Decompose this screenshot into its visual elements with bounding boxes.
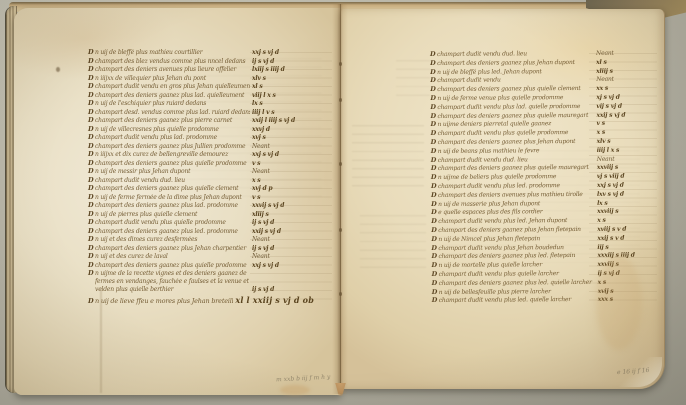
entry-amount: xx s (594, 85, 656, 94)
entry-amount: x s (595, 217, 657, 226)
left-page-entries: Dn uij de bleffé plus mathieu courtillie… (88, 48, 314, 306)
ledger-entry: Dchampart dudit vendu plus led. prodomme… (431, 180, 657, 190)
entry-amount: v s (250, 160, 314, 169)
ledger-entry: Dchampart desd. vendus comme plus lad. r… (88, 108, 314, 117)
ledger-entry: velden plus quielle berthierij s vj d (88, 286, 314, 295)
ledger-entry: Dn uij et des dimes curez desferméesNean… (88, 235, 314, 244)
entry-amount: Neant (594, 49, 656, 58)
paraph-mark: D (431, 235, 438, 244)
entry-text: champart des deniers gaanez plus quielle… (95, 185, 250, 194)
entry-amount: ij s vj d (250, 219, 314, 228)
entry-amount: Neant (595, 155, 657, 164)
ledger-entry: Dchampart des deniers gaanez plus led. q… (432, 277, 658, 287)
entry-amount: Neant (250, 168, 314, 177)
entry-amount: xxviij s (595, 164, 657, 173)
paraph-mark: D (431, 156, 438, 165)
sewing-dot (339, 292, 342, 296)
ledger-entry: Dchampart des deniers gaanez plus quiell… (430, 110, 656, 120)
ledger-entry: Dn uijme deniers pierretal quielle gaane… (430, 119, 656, 129)
ledger-entry: De quelle espaces plus des fils cordierx… (431, 207, 657, 217)
entry-amount: viij l x s (250, 92, 314, 101)
entry-amount: xxxiij s iiij d (595, 252, 657, 261)
sewing-dot (339, 98, 342, 102)
paraph-mark: D (88, 261, 95, 270)
paraph-mark: D (431, 147, 438, 156)
paraph-mark: D (431, 199, 438, 208)
ledger-entry: Dchampart des deniers gaanez plus pierre… (88, 116, 314, 125)
ledger-entry: Dchampart des deniers gaanez plus led. f… (431, 251, 657, 261)
entry-text: n iiijxx de villequier plus Jehan du pon… (95, 75, 250, 84)
entry-text: n uij de lieve ffeu e mores plus Jehan b… (95, 296, 233, 307)
ledger-entry: Dchampart dudit vendu plus quielle larch… (432, 268, 658, 278)
ledger-entry: Dchampart dudit venduNeant (430, 75, 656, 85)
entry-text: champart dudit vendu en gros plus Jehan … (95, 83, 250, 92)
entry-amount: lx s (250, 100, 314, 109)
paraph-mark: D (432, 279, 439, 288)
paraph-mark: D (88, 193, 95, 202)
paraph-mark: D (430, 50, 437, 59)
ledger-entry: Dchampart des deniers gaanez plus Jehan … (88, 244, 314, 253)
ledger-entry: Dn uij de bleffé plus mathieu courtillie… (88, 48, 314, 57)
entry-amount: xxij s v d (595, 234, 657, 243)
ledger-entry: Dn uij de ferme fermée de la dime plus J… (88, 193, 314, 202)
ledger-entry: Dn uij de masserie plus Jehan dupontlx s (431, 198, 657, 208)
entry-amount: iij s (595, 243, 657, 252)
ledger-entry: Dn uij de l'eschiquier plus ruiard dedan… (88, 99, 314, 108)
paraph-mark: D (88, 116, 95, 125)
ledger-entry: Dchampart des deniers gaanez plus Jehan … (431, 224, 657, 234)
paraph-mark: D (432, 270, 439, 279)
entry-amount: xliij s (594, 67, 656, 76)
entry-amount: xxj s vj d (595, 181, 657, 190)
entry-amount: lxv s vj d (595, 190, 657, 199)
entry-text: champart des deniers gaanez plus Jullien… (95, 143, 250, 152)
entry-text: champart des deniers gaanez plus pierre … (95, 117, 250, 126)
paraph-mark: D (88, 218, 95, 227)
entry-amount: xvij s (596, 287, 658, 296)
ledger-entry: Dchampart dudit vendu plus led. Jehan du… (431, 216, 657, 226)
entry-amount: Neant (250, 253, 314, 262)
paraph-mark: D (88, 201, 95, 210)
paraph-mark: D (88, 176, 95, 185)
paraph-mark: D (431, 182, 438, 191)
paraph-mark: D (431, 217, 438, 226)
entry-text: champart dudit vendu plus led. quielle l… (439, 296, 596, 306)
ledger-entry: Dchampart des deniers gaanez plus lad. p… (88, 201, 314, 210)
entry-text: champart des deniers gaanez plus quielle… (95, 160, 250, 169)
ledger-entry: Dn uijme de beliers plus quielle prodomm… (431, 172, 657, 182)
entry-amount: xxij s vj d (250, 228, 314, 237)
paraph-mark: D (431, 261, 438, 270)
sewing-dot (339, 62, 342, 66)
sewing-dot (339, 162, 342, 166)
entry-amount: xxvj d (250, 126, 314, 135)
ledger-entry: Dn uij de pierres plus quielle clementxl… (88, 210, 314, 219)
entry-amount: lx s (595, 199, 657, 208)
entry-amount: xlv s (250, 75, 314, 84)
entry-text: champart dudit vendu plus quielle prodom… (95, 219, 250, 228)
paraph-mark: D (431, 226, 438, 235)
entry-text: champart dudit vendu plus lad. prodomme (95, 134, 250, 143)
paraph-mark: D (431, 252, 438, 261)
entry-amount: xl s (250, 83, 314, 92)
entry-text: n uij de l'eschiquier plus ruiard dedans (95, 100, 250, 109)
entry-amount: xxij l iiij s vj d (250, 117, 314, 126)
paraph-mark: D (431, 164, 438, 173)
paraph-mark: D (88, 91, 95, 100)
ledger-entry: Dn iiijxx et dix curez de bellengreville… (88, 150, 314, 159)
manuscript-photo: Dn uij de bleffé plus mathieu courtillie… (0, 0, 686, 405)
ledger-entry: Dn iiijxx de villequier plus Jehan du po… (88, 74, 314, 83)
paraph-mark: D (88, 48, 95, 57)
ledger-entry: Dchampart des deniers gaanez plus quiell… (88, 159, 314, 168)
entry-text: n iiijxx et dix curez de bellengreville … (95, 151, 250, 160)
paraph-mark: D (430, 112, 437, 121)
ledger-entry: Dn uij de villecresnes plus quielle prod… (88, 125, 314, 134)
paraph-mark: D (431, 243, 438, 252)
ledger-entry: Dn uij de messir plus Jehan dupontNeant (88, 167, 314, 176)
entry-text: fermes en vendanges, fauchée e faulses e… (95, 278, 250, 287)
paraph-mark: D (88, 108, 95, 117)
ledger-entry: Dchampart dudit vendu plus quielle prodo… (431, 128, 657, 138)
entry-amount: xxvij s vj d (250, 202, 314, 211)
paraph-mark: D (88, 125, 95, 134)
entry-amount: xvj s (250, 134, 314, 143)
entry-amount: xliij s (250, 211, 314, 220)
ledger-entry: Dn uij de Nimcel plus Jehan fletepainxxi… (431, 233, 657, 243)
ledger-entry: Dn uij de bleffé plus led. Jehan dupontx… (430, 66, 656, 76)
ledger-entry: Dchampart dudit vendu plus led. quielle … (432, 295, 658, 305)
ledger-entry: Dn uijme de la recette vignes et des den… (88, 269, 314, 278)
entry-amount: xxij s vj d (594, 111, 656, 120)
ledger-entry: Dn uij de mortelle plus quielle larcherx… (431, 260, 657, 270)
entry-amount: xviij s v d (595, 225, 657, 234)
entry-amount: xxx s (596, 296, 658, 305)
ledger-entry: Dchampart des deniers gaanez plus quiell… (431, 163, 657, 173)
paraph-mark: D (88, 159, 95, 168)
entry-text: champart des deniers gaanez plus quielle… (95, 262, 250, 271)
gutter-binding (332, 4, 348, 394)
right-page-entries: Dchampart dudit vendu dud. lieuNeantDcha… (430, 48, 658, 305)
entry-amount: xxviij s (595, 261, 657, 270)
entry-text: n uij de pierres plus quielle clement (95, 211, 250, 220)
ledger-entry: Dchampart dudit vendu plus Jehan boudedu… (431, 242, 657, 252)
entry-amount: xlv s (595, 137, 657, 146)
paraph-mark: D (431, 138, 438, 147)
paraph-mark: D (88, 99, 95, 108)
ledger-entry: Dchampart des deniers avenues plus mathi… (431, 189, 657, 199)
ledger-entry: Dchampart des deniers gaanez plus lad. q… (88, 91, 314, 100)
ledger-entry: Dchampart des deniers gaanez plus quiell… (430, 84, 656, 94)
paraph-mark: D (88, 74, 95, 83)
entry-text: champart des deniers gaanez plus led. pr… (95, 228, 250, 237)
ledger-entry: Dn uij de bellesfeuille plus pierre larc… (432, 286, 658, 296)
paraph-mark: D (431, 173, 438, 182)
entry-amount: v s (594, 120, 656, 129)
ledger-entry: Dchampart des deniers gaanez plus quiell… (88, 261, 314, 270)
entry-amount: ij s vj d (250, 245, 314, 254)
ledger-entry: Dchampart des deniers gaanez plus Jullie… (88, 142, 314, 151)
entry-text: n uij de bleffé plus mathieu courtillier (95, 49, 250, 58)
entry-amount: xxj s vj d (250, 262, 314, 271)
entry-amount: xl l xxiij s vj d ob (233, 295, 314, 306)
paraph-mark: D (430, 94, 437, 103)
paraph-mark: D (88, 65, 95, 74)
entry-text: n uij de villecresnes plus quielle prodo… (95, 126, 250, 135)
entry-amount: x s (595, 129, 657, 138)
paraph-mark: D (431, 129, 438, 138)
entry-amount: lxiij s iiij d (250, 66, 314, 75)
entry-text: champart dudit vendu dud. lieu (95, 177, 250, 186)
ledger-entry: Dchampart dudit vendu plus lad. quielle … (430, 101, 656, 111)
entry-amount: xl s (594, 58, 656, 67)
ledger-entry: Dchampart dudit vendu plus lad. prodomme… (88, 133, 314, 142)
ledger-entry: Dchampart des blez vendus comme plus nnc… (88, 57, 314, 66)
entry-text: champart des deniers gaanez plus lad. pr… (95, 202, 250, 211)
paraph-mark: D (430, 85, 437, 94)
paraph-mark: D (88, 235, 95, 244)
entry-amount: vij s vj d (594, 102, 656, 111)
entry-amount: v s (250, 194, 314, 203)
entry-text: champart des deniers gaanez plus Jehan c… (95, 245, 250, 254)
paraph-mark: D (432, 287, 439, 296)
paraph-mark: D (430, 76, 437, 85)
paraph-mark: D (88, 210, 95, 219)
entry-amount: Neant (250, 236, 314, 245)
paraph-mark: D (430, 68, 437, 77)
paraph-mark: D (432, 296, 439, 305)
ledger-entry: Dchampart dudit vendu plus quielle prodo… (88, 218, 314, 227)
entry-amount: xxj s vj d (250, 49, 314, 58)
paraph-mark: D (88, 142, 95, 151)
paraph-mark: D (431, 208, 438, 217)
ledger-entry: Dchampart des deniers gaanez plus Jehan … (430, 57, 656, 67)
paraph-mark: D (88, 269, 95, 278)
entry-amount: iiij l v s (250, 109, 314, 118)
paraph-mark: D (430, 59, 437, 68)
entry-text: champart des blez vendus comme plus nnce… (95, 58, 250, 67)
ledger-entry: Dchampart des deniers gaanez plus quiell… (88, 184, 314, 193)
entry-amount: xxj s vj d (250, 151, 314, 160)
paraph-mark: D (88, 82, 95, 91)
paraph-mark: D (88, 296, 95, 307)
entry-amount: xvj d p (250, 185, 314, 194)
entry-text: n uij et des curez de laval (95, 253, 250, 262)
entry-amount: Neant (594, 76, 656, 85)
ledger-entry: Dchampart dudit vendu en gros plus Jehan… (88, 82, 314, 91)
paraph-mark: D (88, 252, 95, 261)
paraph-mark: D (88, 244, 95, 253)
ledger-entry: Dn uij de lieve ffeu e mores plus Jehan … (88, 295, 314, 306)
ledger-entry: Dchampart des deniers gaanez plus Jehan … (431, 136, 657, 146)
entry-amount: ij s vj d (596, 269, 658, 278)
ledger-entry: Dchampart dudit vendu dud. lieuNeant (431, 154, 657, 164)
entry-text: n uij et des dimes curez desfermées (95, 236, 250, 245)
entry-text: n uij de messir plus Jehan dupont (95, 168, 250, 177)
paraph-mark: D (430, 120, 437, 129)
ledger-entry: Dchampart dudit vendu dud. lieuNeant (430, 48, 656, 58)
entry-amount: ij s vj d (250, 58, 314, 67)
ledger-entry: Dchampart des deniers gaanez plus led. p… (88, 227, 314, 236)
entry-text: n uij de ferme fermée de la dime plus Je… (95, 194, 250, 203)
ledger-entry: Dn uij de ferme venue plus quielle prodo… (430, 92, 656, 102)
paraph-mark: D (88, 133, 95, 142)
ledger-entry: Dchampart dudit vendu dud. lieux s (88, 176, 314, 185)
entry-text: velden plus quielle berthier (95, 286, 250, 295)
entry-amount: x s (250, 177, 314, 186)
entry-amount: Neant (250, 143, 314, 152)
ledger-entry: Dn uij et des curez de lavalNeant (88, 252, 314, 261)
entry-amount: iiij l x s (595, 146, 657, 155)
entry-text: champart des deniers gaanez plus lad. qu… (95, 92, 250, 101)
paraph-mark: D (431, 191, 438, 200)
sewing-dot (339, 228, 342, 232)
entry-text: champart des deniers avenues plus lieure… (95, 66, 250, 75)
entry-amount: xj s vj d (594, 93, 656, 102)
ledger-entry: Dchampart des deniers avenues plus lieur… (88, 65, 314, 74)
paraph-mark: D (88, 57, 95, 66)
paraph-mark: D (88, 227, 95, 236)
paraph-mark: D (88, 150, 95, 159)
entry-amount: vj s viij d (595, 173, 657, 182)
entry-amount: ij s vj d (250, 286, 314, 295)
entry-text: champart desd. vendus comme plus lad. ru… (95, 109, 250, 118)
entry-amount: xxviij s (595, 208, 657, 217)
paraph-mark: D (88, 167, 95, 176)
paraph-mark: D (430, 103, 437, 112)
entry-amount: x s (596, 278, 658, 287)
ledger-entry: Dn uij de beans plus mathieu le fevreiii… (431, 145, 657, 155)
paraph-mark: D (88, 184, 95, 193)
ledger-entry: fermes en vendanges, fauchée e faulses e… (88, 278, 314, 287)
